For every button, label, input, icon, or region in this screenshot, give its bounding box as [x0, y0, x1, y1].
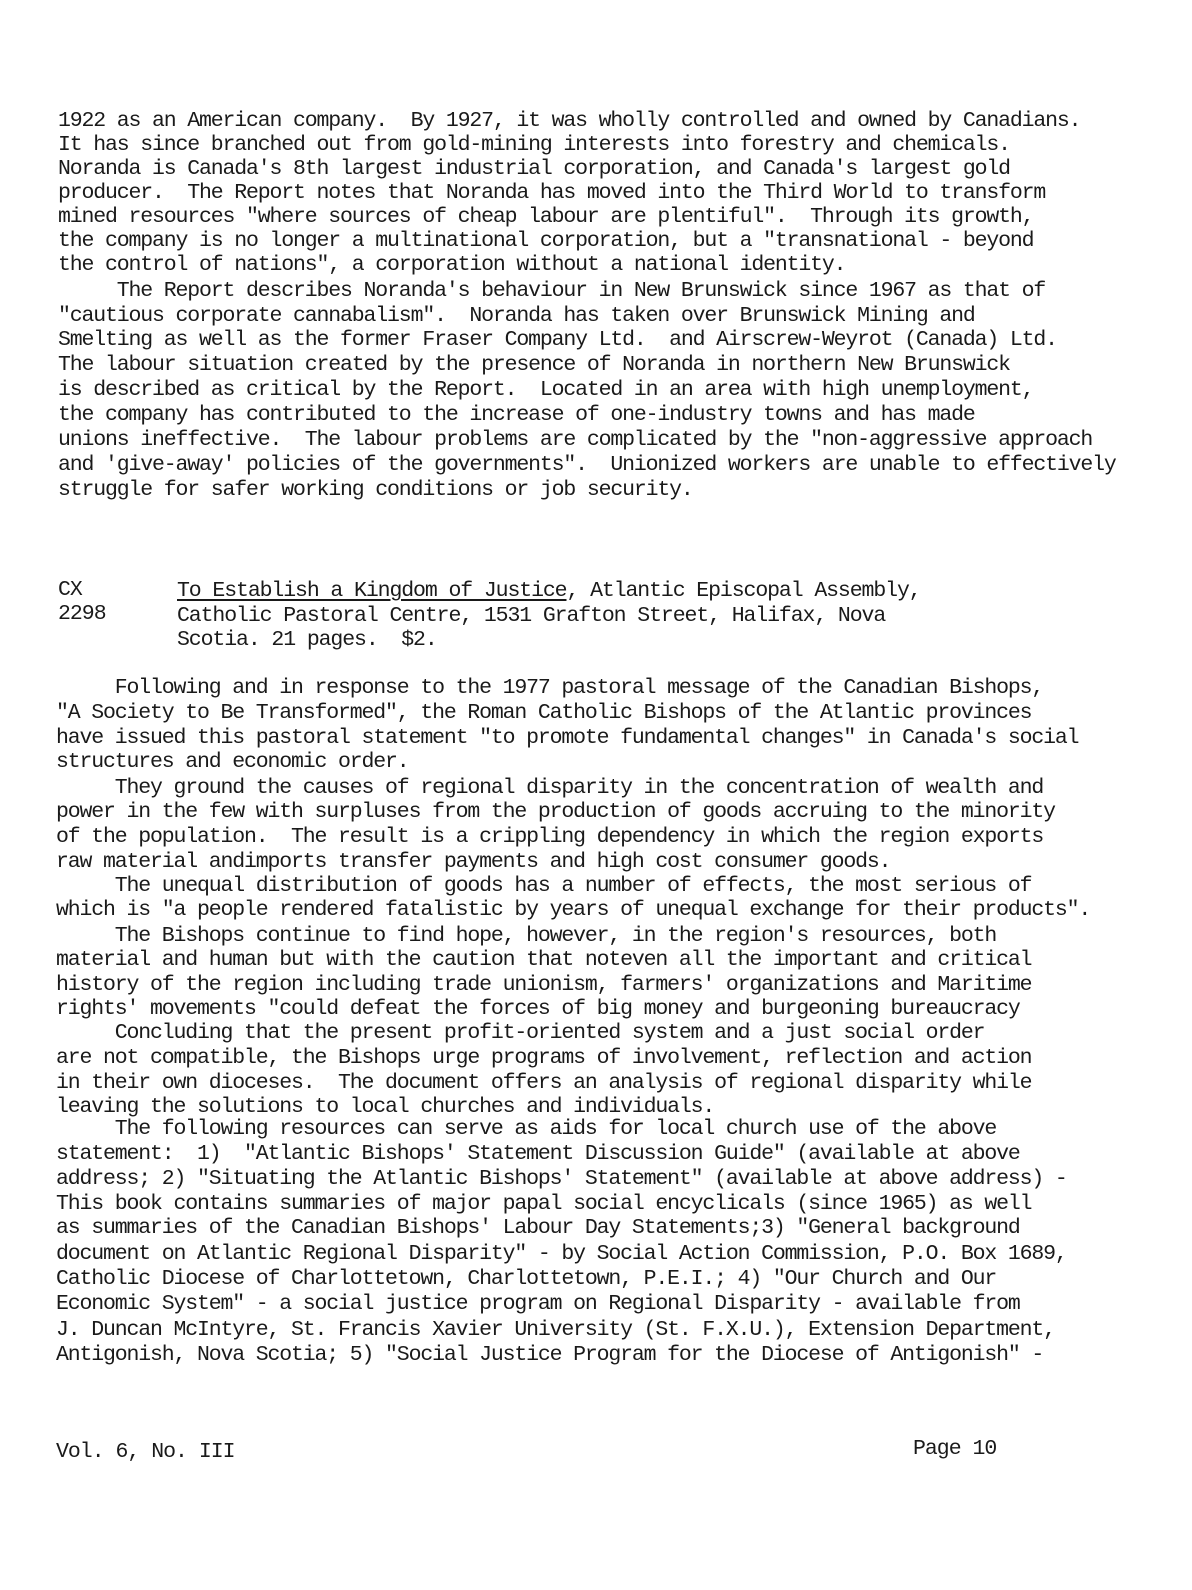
page-number: Page 10 [913, 1437, 996, 1461]
text-line: Following and in response to the 1977 pa… [56, 676, 1043, 700]
text-line: J. Duncan McIntyre, St. Francis Xavier U… [56, 1318, 1055, 1342]
entry-id-prefix: CX [58, 578, 82, 602]
entry-citation-line: To Establish a Kingdom of Justice, Atlan… [177, 579, 921, 603]
text-line: The labour situation created by the pres… [58, 353, 1010, 377]
text-line: Economic System" - a social justice prog… [56, 1292, 1020, 1316]
text-line: is described as critical by the Report. … [58, 378, 1033, 402]
text-line: The unequal distribution of goods has a … [56, 874, 1031, 898]
text-line: and 'give-away' policies of the governme… [58, 453, 1116, 477]
text-line: are not compatible, the Bishops urge pro… [56, 1046, 1031, 1070]
text-line: "cautious corporate cannabalism". Norand… [58, 304, 975, 328]
text-line: the company has contributed to the incre… [58, 403, 975, 427]
entry-publisher: , Atlantic Episcopal Assembly, [566, 579, 920, 603]
entry-pages-price: Scotia. 21 pages. $2. [177, 628, 437, 652]
text-line: raw material andimports transfer payment… [56, 850, 890, 874]
text-line: mined resources "where sources of cheap … [58, 205, 1033, 229]
text-line: The following resources can serve as aid… [56, 1117, 996, 1141]
text-line: The Bishops continue to find hope, howev… [56, 924, 996, 948]
entry-id-number: 2298 [58, 602, 106, 626]
text-line: rights' movements "could defeat the forc… [56, 997, 1020, 1021]
text-line: structures and economic order. [56, 750, 409, 774]
text-line: It has since branched out from gold-mini… [58, 133, 1010, 157]
text-line: of the population. The result is a cripp… [56, 825, 1043, 849]
text-line: Smelting as well as the former Fraser Co… [58, 328, 1057, 352]
text-line: Noranda is Canada's 8th largest industri… [58, 157, 1010, 181]
issue-label: Vol. 6, No. III [56, 1440, 235, 1464]
text-line: as summaries of the Canadian Bishops' La… [56, 1216, 1020, 1240]
text-line: which is "a people rendered fatalistic b… [56, 898, 1090, 922]
text-line: leaving the solutions to local churches … [56, 1095, 714, 1119]
text-line: document on Atlantic Regional Disparity"… [56, 1242, 1067, 1266]
text-line: statement: 1) "Atlantic Bishops' Stateme… [56, 1142, 1020, 1166]
text-line: They ground the causes of regional dispa… [56, 776, 1043, 800]
text-line: This book contains summaries of major pa… [56, 1192, 1031, 1216]
text-line: The Report describes Noranda's behaviour… [58, 279, 1045, 303]
text-line: Catholic Diocese of Charlottetown, Charl… [56, 1267, 996, 1291]
text-line: power in the few with surpluses from the… [56, 800, 1055, 824]
text-line: Concluding that the present profit-orien… [56, 1021, 984, 1045]
text-line: address; 2) "Situating the Atlantic Bish… [56, 1167, 1067, 1191]
text-line: material and human but with the caution … [56, 948, 1031, 972]
text-line: Antigonish, Nova Scotia; 5) "Social Just… [56, 1343, 1043, 1367]
text-line: in their own dioceses. The document offe… [56, 1071, 1031, 1095]
entry-address: Catholic Pastoral Centre, 1531 Grafton S… [177, 604, 885, 628]
text-line: have issued this pastoral statement "to … [56, 726, 1078, 750]
text-line: producer. The Report notes that Noranda … [58, 181, 1045, 205]
text-line: 1922 as an American company. By 1927, it… [58, 109, 1080, 133]
text-line: unions ineffective. The labour problems … [58, 428, 1092, 452]
text-line: the control of nations", a corporation w… [58, 253, 845, 277]
entry-title: To Establish a Kingdom of Justice [177, 579, 566, 603]
text-line: the company is no longer a multinational… [58, 229, 1033, 253]
text-line: history of the region including trade un… [56, 973, 1031, 997]
text-line: struggle for safer working conditions or… [58, 478, 693, 502]
text-line: "A Society to Be Transformed", the Roman… [56, 701, 1031, 725]
